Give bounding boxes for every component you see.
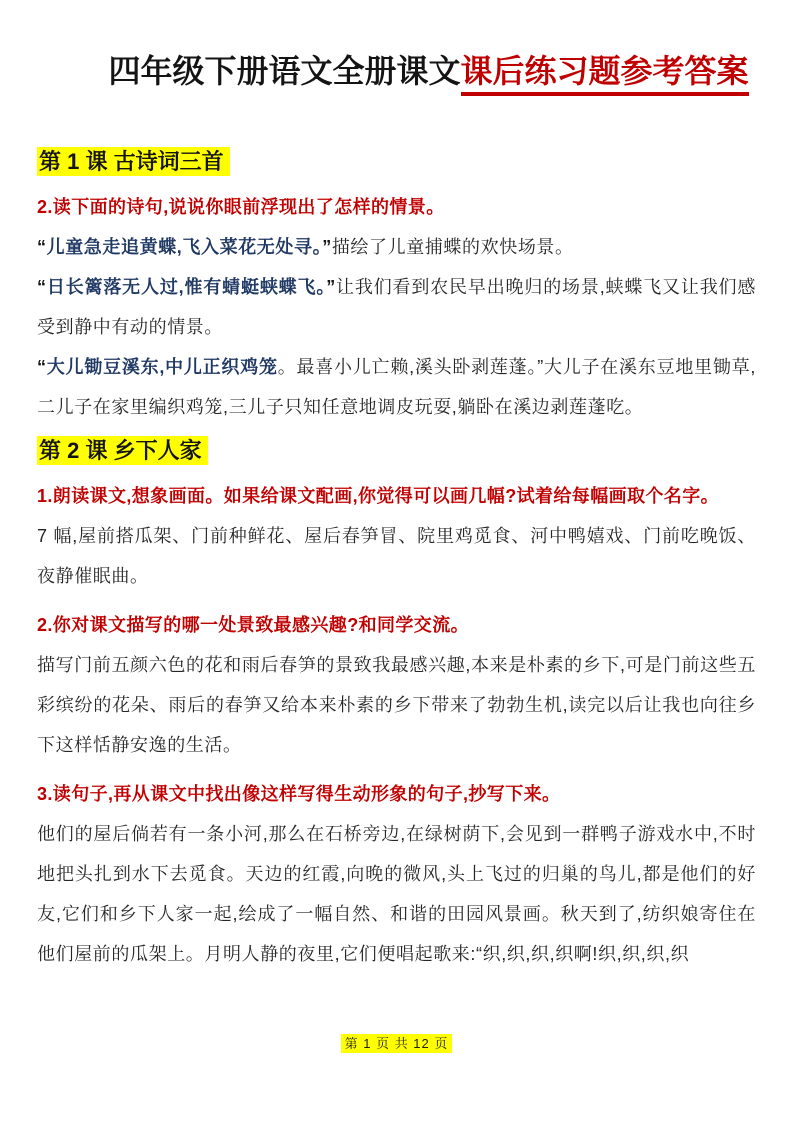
- lesson2-answer-2: 描写门前五颜六色的花和雨后春笋的景致我最感兴趣,本来是朴素的乡下,可是门前这些五…: [37, 645, 756, 765]
- open-quote-mark: “: [37, 357, 47, 377]
- poem-line-blue: 儿童急走追黄蝶,飞入菜花无处寻。: [47, 237, 323, 257]
- lesson2-heading: 第 2 课 乡下人家: [37, 435, 756, 467]
- close-quote-mark: ”: [326, 277, 336, 297]
- answer-explanation: 描绘了儿童捕蝶的欢快场景。: [332, 237, 574, 257]
- title-black-part: 四年级下册语文全册课文: [108, 53, 460, 89]
- open-quote-mark: “: [37, 237, 47, 257]
- poem-line-rest: 。最喜小儿亡赖,溪头卧剥莲蓬。”: [278, 357, 544, 377]
- lesson1-heading: 第 1 课 古诗词三首: [37, 146, 756, 178]
- page-footer: 第 1 页 共 12 页: [0, 1034, 793, 1054]
- lesson2-heading-highlight: 第 2 课 乡下人家: [37, 436, 208, 465]
- lesson1-question-2: 2.读下面的诗句,说说你眼前浮现出了怎样的情景。: [37, 187, 756, 227]
- open-quote-mark: “: [37, 277, 47, 297]
- lesson1-heading-highlight: 第 1 课 古诗词三首: [37, 147, 230, 176]
- document-page: 四年级下册语文全册课文课后练习题参考答案 第 1 课 古诗词三首 2.读下面的诗…: [0, 0, 793, 1122]
- lesson2-question-3: 3.读句子,再从课文中找出像这样写得生动形象的句子,抄写下来。: [37, 774, 756, 814]
- close-quote-mark: ”: [322, 237, 332, 257]
- lesson1-answer-1: “儿童急走追黄蝶,飞入菜花无处寻。”描绘了儿童捕蝶的欢快场景。: [37, 227, 756, 267]
- poem-line-blue: 大儿锄豆溪东,中儿正织鸡笼: [47, 357, 278, 377]
- lesson2-question-2: 2.你对课文描写的哪一处景致最感兴趣?和同学交流。: [37, 605, 756, 645]
- page-number-badge: 第 1 页 共 12 页: [341, 1034, 453, 1053]
- lesson1-answer-2: “日长篱落无人过,惟有蜻蜓蛱蝶飞。”让我们看到农民早出晚归的场景,蛱蝶飞又让我们…: [37, 267, 756, 347]
- lesson1-answer-3: “大儿锄豆溪东,中儿正织鸡笼。最喜小儿亡赖,溪头卧剥莲蓬。”大儿子在溪东豆地里锄…: [37, 347, 756, 427]
- lesson2-answer-1: 7 幅,屋前搭瓜架、门前种鲜花、屋后春笋冒、院里鸡觅食、河中鸭嬉戏、门前吃晚饭、…: [37, 516, 756, 596]
- lesson2-answer-3: 他们的屋后倘若有一条小河,那么在石桥旁边,在绿树荫下,会见到一群鸭子游戏水中,不…: [37, 814, 756, 974]
- lesson2-question-1: 1.朗读课文,想象画面。如果给课文配画,你觉得可以画几幅?试着给每幅画取个名字。: [37, 476, 756, 516]
- document-title: 四年级下册语文全册课文课后练习题参考答案: [37, 46, 756, 96]
- poem-line-blue: 日长篱落无人过,惟有蜻蜓蛱蝶飞。: [47, 277, 327, 297]
- title-red-part: 课后练习题参考答案: [461, 51, 749, 96]
